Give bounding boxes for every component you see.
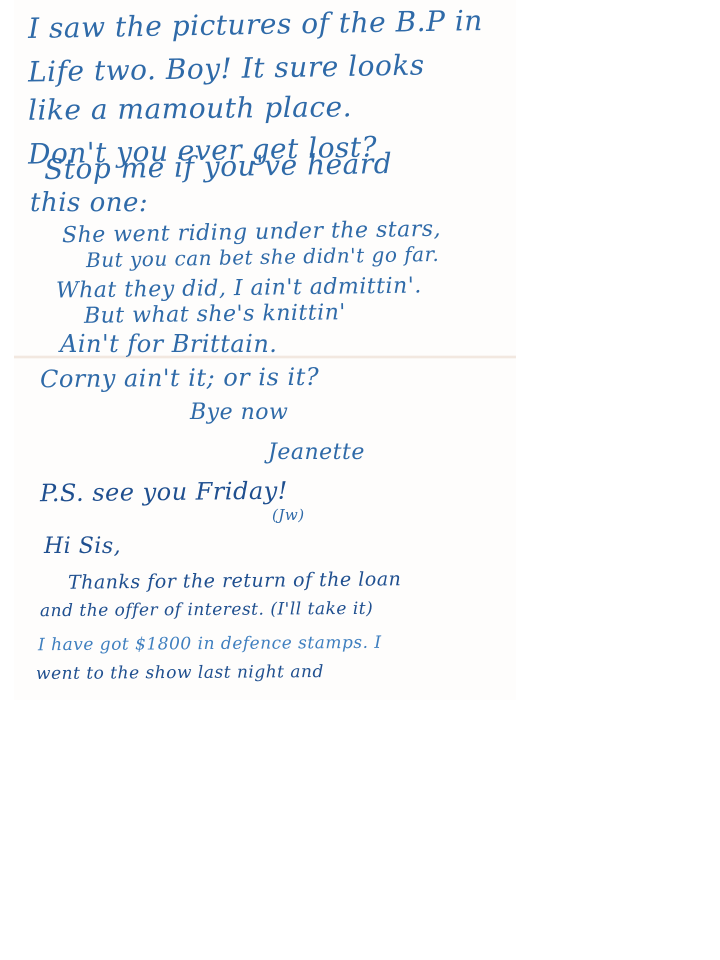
letter-line: like a mamouth place. — [28, 90, 352, 126]
letter-line: and the offer of interest. (I'll take it… — [40, 599, 373, 621]
closing-salutation: Bye now — [190, 400, 288, 425]
letter-line: Thanks for the return of the loan — [68, 568, 402, 593]
letter-line: Life two. Boy! It sure looks — [28, 49, 425, 89]
postscript-initials: (Jw) — [272, 506, 305, 524]
poem-line: But what she's knittin' — [84, 300, 346, 329]
letter-line: I have got $1800 in defence stamps. I — [38, 633, 382, 655]
signature: Jeanette — [268, 440, 365, 465]
poem-line: What they did, I ain't admittin'. — [56, 273, 422, 303]
poem-line: Ain't for Brittain. — [60, 330, 277, 358]
letter-line: this one: — [30, 188, 148, 218]
greeting: Hi Sis, — [44, 534, 121, 559]
letter-line: Corny ain't it; or is it? — [40, 363, 319, 393]
letter-line-joke-intro: Stop me if you've heard — [44, 147, 393, 186]
letter-line: went to the show last night and — [36, 662, 324, 684]
postscript: P.S. see you Friday! — [40, 477, 288, 508]
